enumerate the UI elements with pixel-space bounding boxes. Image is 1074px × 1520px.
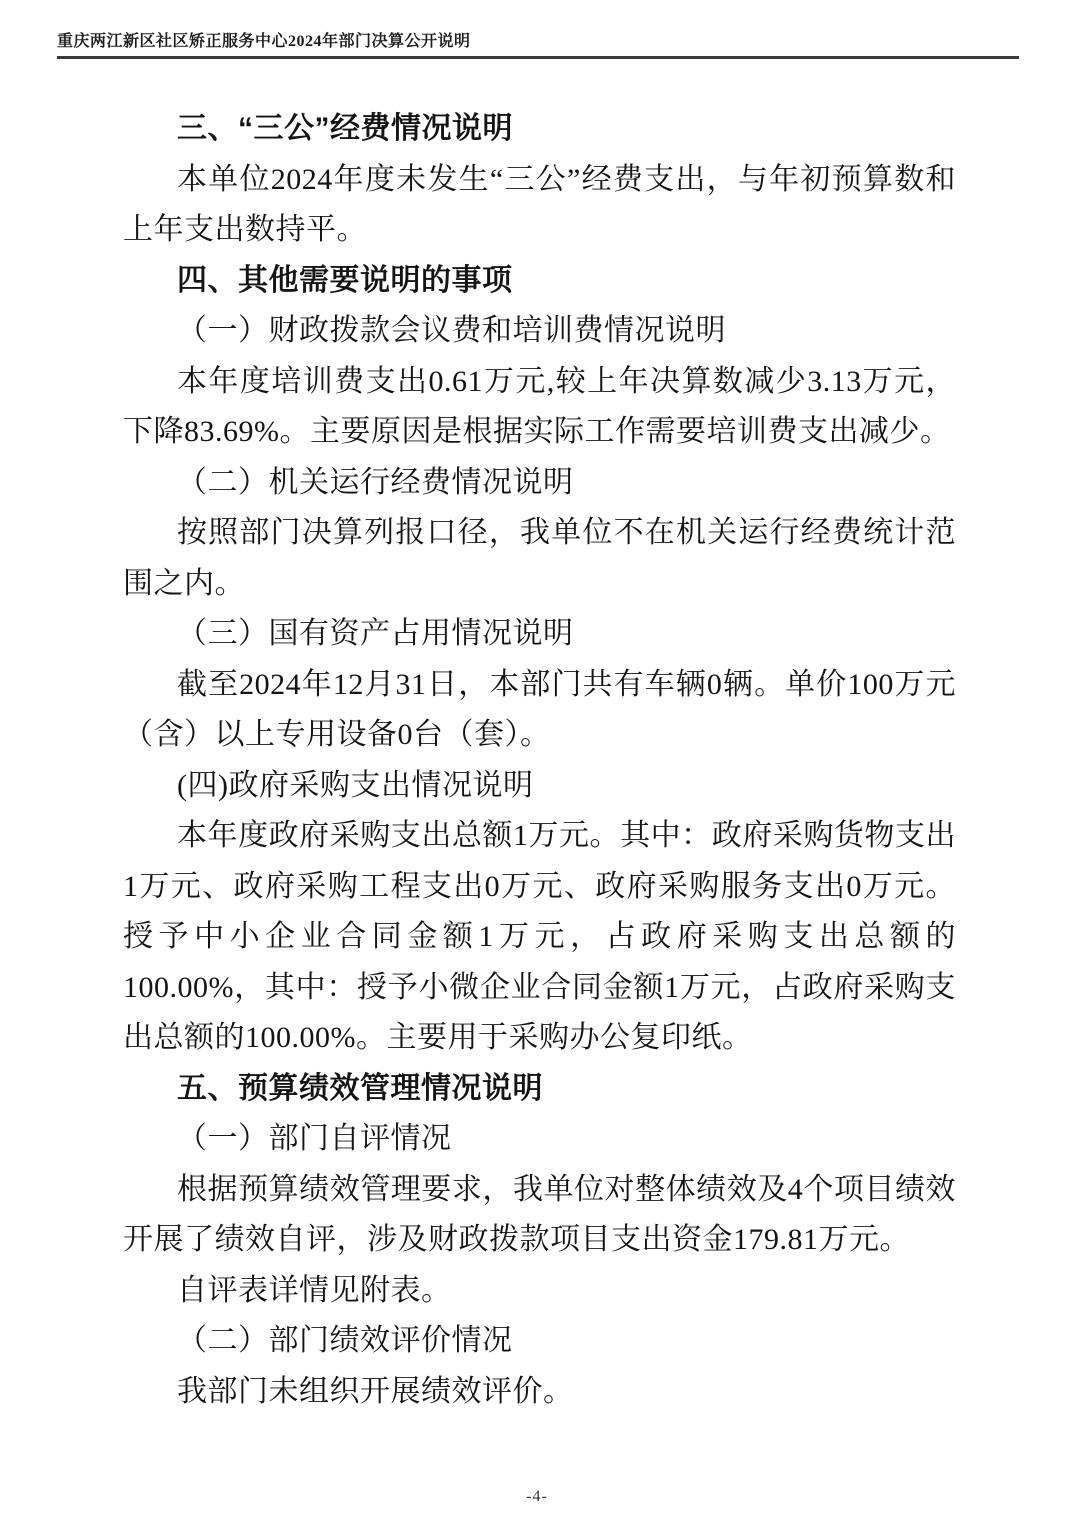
paragraph: 本年度政府采购支出总额1万元。其中：政府采购货物支出1万元、政府采购工程支出0万… <box>123 811 956 1064</box>
paragraph: 本年度培训费支出0.61万元,较上年决算数减少3.13万元，下降83.69%。主… <box>123 357 956 458</box>
header-title: 重庆两江新区社区矫正服务中心2024年部门决算公开说明 <box>57 33 471 50</box>
document-body: 三、“三公”经费情况说明 本单位2024年度未发生“三公”经费支出，与年初预算数… <box>123 104 956 1417</box>
section-heading-three-public-funds: 三、“三公”经费情况说明 <box>123 104 956 155</box>
document-page: 重庆两江新区社区矫正服务中心2024年部门决算公开说明 三、“三公”经费情况说明… <box>0 0 1074 1520</box>
subsection-heading-perf-appraisal: （二）部门绩效评价情况 <box>123 1316 956 1367</box>
subsection-heading-procurement: (四)政府采购支出情况说明 <box>123 761 956 812</box>
section-heading-other-matters: 四、其他需要说明的事项 <box>123 256 956 307</box>
page-number: -4- <box>526 1488 548 1505</box>
paragraph: 我部门未组织开展绩效评价。 <box>123 1367 956 1418</box>
paragraph: 本单位2024年度未发生“三公”经费支出，与年初预算数和上年支出数持平。 <box>123 155 956 256</box>
page-header: 重庆两江新区社区矫正服务中心2024年部门决算公开说明 <box>57 28 1019 59</box>
subsection-heading-operating-funds: （二）机关运行经费情况说明 <box>123 458 956 509</box>
paragraph: 自评表详情见附表。 <box>123 1266 956 1317</box>
subsection-heading-self-evaluation: （一）部门自评情况 <box>123 1114 956 1165</box>
paragraph: 按照部门决算列报口径，我单位不在机关运行经费统计范围之内。 <box>123 508 956 609</box>
page-footer: -4- <box>0 1488 1074 1506</box>
subsection-heading-state-assets: （三）国有资产占用情况说明 <box>123 609 956 660</box>
paragraph: 截至2024年12月31日，本部门共有车辆0辆。单价100万元（含）以上专用设备… <box>123 660 956 761</box>
subsection-heading-meeting-training: （一）财政拨款会议费和培训费情况说明 <box>123 306 956 357</box>
section-heading-performance-mgmt: 五、预算绩效管理情况说明 <box>123 1064 956 1115</box>
paragraph: 根据预算绩效管理要求，我单位对整体绩效及4个项目绩效开展了绩效自评，涉及财政拨款… <box>123 1165 956 1266</box>
